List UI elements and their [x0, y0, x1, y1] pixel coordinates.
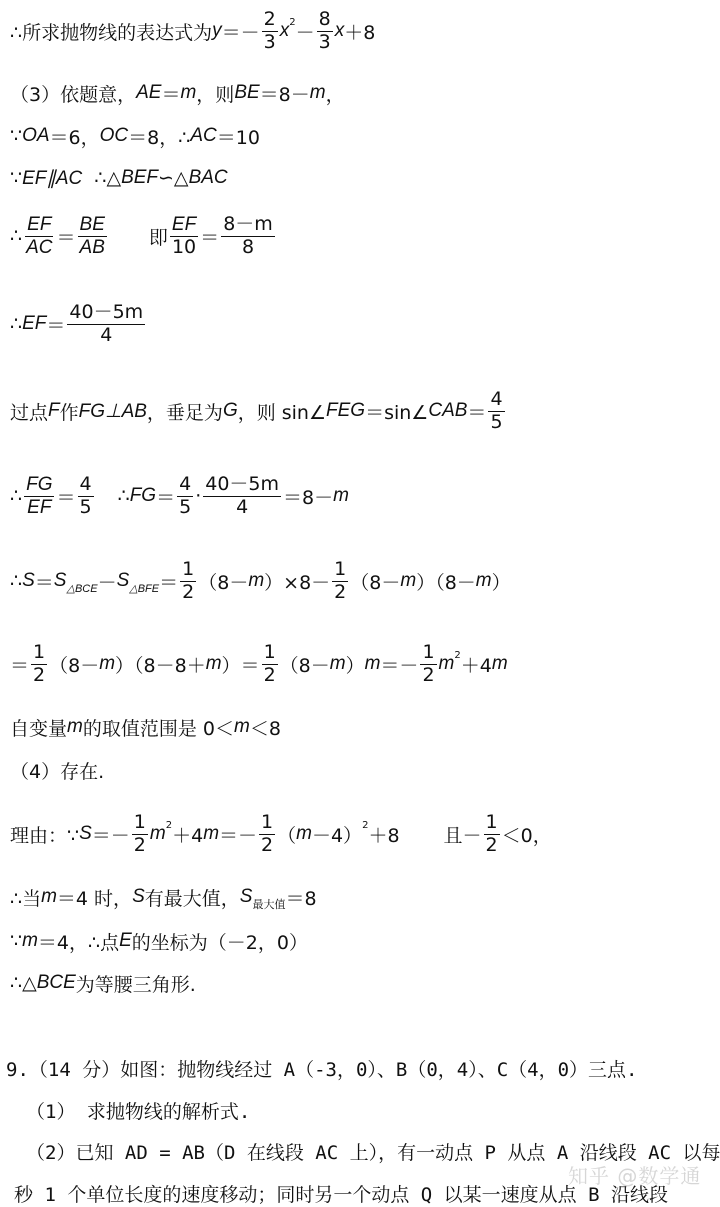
text: ） — [346, 651, 365, 678]
var-m: m — [439, 653, 455, 675]
fraction: 23 — [262, 10, 278, 53]
var: S — [240, 886, 253, 908]
text: ＝8－ — [260, 80, 310, 107]
text: ＝4 时， — [57, 884, 132, 911]
text: 理由：∵ — [10, 821, 79, 848]
text: ∴△ — [10, 972, 37, 994]
text: 作 — [60, 398, 79, 425]
text: ） — [492, 568, 511, 595]
exponent: 2 — [362, 820, 368, 831]
var-m: m — [22, 930, 38, 952]
text: ∴ — [10, 313, 22, 335]
var: S — [22, 570, 35, 592]
step-ratio: ∴ EFAC ＝ BEAB 即 EF10 ＝ 8－m8 — [10, 212, 277, 260]
text: （8－ — [350, 568, 400, 595]
var-m: m — [476, 570, 492, 592]
text: ＋8 — [344, 18, 375, 45]
den: 10 — [170, 237, 198, 258]
var: EF∥AC — [22, 167, 82, 190]
var: FG — [130, 485, 156, 507]
den: EF — [25, 497, 53, 518]
den: 4 — [98, 325, 114, 346]
den: 2 — [484, 835, 500, 856]
num: BE — [78, 215, 107, 237]
var-m: m — [99, 653, 115, 675]
equation-parabola-expression: ∴所求抛物线的表达式为 y ＝－ 23 x2 － 83 x ＋8 — [10, 8, 375, 54]
num: 4 — [488, 390, 504, 412]
fraction: 12 — [262, 643, 278, 686]
var-m: m — [41, 886, 57, 908]
fraction: FGEF — [24, 475, 54, 518]
text: （8－ — [49, 651, 99, 678]
var: CAB — [428, 400, 467, 422]
step-reason: 理由：∵ S ＝－ 12 m2 ＋4 m ＝－ 12 （ m －4）2 ＋8 且… — [10, 808, 552, 860]
text: ∴ — [10, 225, 22, 247]
fraction: 40－5m4 — [203, 475, 281, 518]
var: S — [117, 570, 130, 592]
text: ∴ — [118, 485, 130, 507]
var: S — [54, 570, 67, 592]
step-point-e: ∵ m ＝4，∴点 E 的坐标为（－2，0） — [10, 928, 308, 954]
step-similar-triangles: ∵ EF∥AC ∴△ BEF ∽△ BAC — [10, 165, 228, 191]
text: 即 — [149, 223, 168, 250]
fraction: 12 — [332, 560, 348, 603]
var: BEF — [121, 167, 158, 189]
text: ＋4 — [461, 651, 492, 678]
text: ＝ — [200, 223, 219, 250]
num: 1 — [31, 643, 47, 665]
num: 1 — [180, 560, 196, 582]
text: （8－ — [280, 651, 330, 678]
step-conclusion: ∴△ BCE 为等腰三角形. — [10, 970, 196, 996]
var: BAC — [189, 167, 228, 189]
text: 为等腰三角形. — [76, 970, 196, 997]
subscript: △BFE — [129, 582, 159, 595]
text: ）×8－ — [264, 568, 330, 595]
text: ＝ — [56, 483, 75, 510]
exponent: 2 — [454, 650, 460, 661]
text: 的取值范围是 0＜ — [83, 714, 234, 741]
text: ＝sin∠ — [365, 398, 428, 425]
fraction: 40－5m4 — [67, 303, 145, 346]
var: EF — [22, 313, 46, 335]
text: ＜8 — [250, 714, 281, 741]
text: ＝－ — [380, 651, 418, 678]
den: 3 — [262, 32, 278, 53]
text: ＝8 — [285, 884, 316, 911]
var: S — [132, 886, 145, 908]
text: 9.（14 分）如图：抛物线经过 A（-3，0）、B（0，4）、C（4，0）三点… — [6, 1055, 637, 1082]
text: － — [296, 18, 315, 45]
num: 1 — [262, 643, 278, 665]
text: （3）依题意， — [10, 80, 136, 107]
var: OC — [100, 125, 129, 147]
text: ＜0， — [502, 821, 552, 848]
text: ，则 — [196, 80, 234, 107]
var-m: m — [330, 653, 346, 675]
num: 1 — [132, 813, 148, 835]
den: 2 — [259, 835, 275, 856]
fraction: 12 — [484, 813, 500, 856]
text: － — [98, 568, 117, 595]
text: ∴ — [10, 570, 22, 592]
num: 1 — [420, 643, 436, 665]
num: 1 — [484, 813, 500, 835]
den: 3 — [317, 32, 333, 53]
fraction: BEAB — [78, 215, 107, 258]
text: ＝8，∴ — [128, 123, 190, 150]
text: ＝－ — [92, 821, 130, 848]
subscript: △BCE — [66, 582, 97, 595]
num: 4 — [177, 475, 193, 497]
fraction: 8－m8 — [221, 215, 275, 258]
text: ，垂足为 — [147, 398, 223, 425]
num: FG — [24, 475, 54, 497]
var-m: m — [296, 823, 312, 845]
text: ∵ — [10, 930, 22, 952]
step-3-intro: （3）依题意， AE ＝ m ，则 BE ＝8－ m ， — [10, 80, 345, 106]
fraction: 45 — [78, 475, 94, 518]
text: ∽△ — [158, 167, 189, 189]
text: ∴所求抛物线的表达式为 — [10, 18, 212, 45]
den: 5 — [488, 412, 504, 433]
text: ＝ — [161, 80, 180, 107]
den: 2 — [262, 665, 278, 686]
var: F — [48, 400, 60, 422]
var: AC — [190, 125, 216, 147]
var-m: m — [365, 653, 381, 675]
fraction: 12 — [259, 813, 275, 856]
text: · — [195, 485, 201, 507]
var: G — [223, 400, 238, 422]
den: 5 — [177, 497, 193, 518]
text: 且－ — [444, 821, 482, 848]
problem-9-statement: 9.（14 分）如图：抛物线经过 A（-3，0）、B（0，4）、C（4，0）三点… — [6, 1055, 637, 1081]
fraction: EFAC — [24, 215, 54, 258]
num: 4 — [78, 475, 94, 497]
text: （8－ — [198, 568, 248, 595]
var-m: m — [203, 823, 219, 845]
var-m: m — [180, 82, 196, 104]
text: ＝ — [10, 651, 29, 678]
text: ＝6， — [50, 123, 100, 150]
step-max-value: ∴当 m ＝4 时， S 有最大值， S最大值 ＝8 — [10, 884, 317, 910]
fraction: EF10 — [170, 215, 198, 258]
text: ）＝ — [222, 651, 260, 678]
fraction: 12 — [420, 643, 436, 686]
text: ，则 sin∠ — [238, 398, 326, 425]
var: FG⊥AB — [79, 400, 147, 423]
var-y: y — [212, 20, 222, 42]
step-perpendicular: 过点 F 作 FG⊥AB ，垂足为 G ，则 sin∠ FEG ＝sin∠ CA… — [10, 385, 507, 437]
text: 自变量 — [10, 714, 67, 741]
var: BE — [234, 82, 259, 104]
text: ∴△ — [82, 167, 121, 189]
step-area-s: ∴ S ＝ S△BCE － S△BFE ＝ 12 （8－ m ）×8－ 12 （… — [10, 555, 511, 607]
var-m: m — [248, 570, 264, 592]
num: 40－5m — [203, 475, 281, 497]
text: ＝10 — [217, 123, 260, 150]
num: 8 — [317, 10, 333, 32]
text: ＝4，∴点 — [38, 928, 119, 955]
fraction: 45 — [177, 475, 193, 518]
den: 5 — [78, 497, 94, 518]
text: ∴ — [10, 485, 22, 507]
den: 2 — [31, 665, 47, 686]
text: ＝8－ — [283, 483, 333, 510]
fraction: 12 — [180, 560, 196, 603]
text: ＝－ — [219, 821, 257, 848]
fraction: 45 — [488, 390, 504, 433]
text: ∵ — [10, 167, 22, 189]
text: 的坐标为（－2，0） — [132, 928, 308, 955]
step-domain: 自变量 m 的取值范围是 0＜ m ＜8 — [10, 714, 281, 740]
step-fg-value: ∴ FGEF ＝ 45 ∴ FG ＝ 45 · 40－5m4 ＝8－ m — [10, 470, 349, 522]
text: ＋4 — [172, 821, 203, 848]
watermark: 知乎 @数学通 — [568, 1160, 701, 1189]
num: 1 — [259, 813, 275, 835]
step-4-heading: （4）存在. — [10, 757, 104, 783]
var-m: m — [400, 570, 416, 592]
var-m: m — [310, 82, 326, 104]
step-area-simplify: ＝ 12 （8－ m ）（8－8＋ m ）＝ 12 （8－ m ） m ＝－ 1… — [10, 638, 508, 690]
step-ac-length: ∵ OA ＝6， OC ＝8，∴ AC ＝10 — [10, 123, 260, 149]
den: AB — [78, 237, 107, 258]
var: FEG — [326, 400, 365, 422]
var-m: m — [492, 653, 508, 675]
text: 有最大值， — [145, 884, 240, 911]
var: E — [119, 930, 132, 952]
num: EF — [25, 215, 53, 237]
text: ＋8 — [368, 821, 399, 848]
text: ＝ — [57, 223, 76, 250]
num: 2 — [262, 10, 278, 32]
text: ＝ — [467, 398, 486, 425]
num: 8－m — [221, 215, 275, 237]
den: 2 — [180, 582, 196, 603]
text: ＝ — [35, 568, 54, 595]
fraction: 12 — [31, 643, 47, 686]
text: ＝ — [46, 311, 65, 338]
exponent: 2 — [289, 17, 295, 28]
text: －4） — [312, 821, 362, 848]
text: ）（8－8＋ — [115, 651, 206, 678]
exponent: 2 — [166, 820, 172, 831]
text: ＝－ — [222, 18, 260, 45]
text: ）（8－ — [416, 568, 476, 595]
var: AE — [136, 82, 161, 104]
text: （1） 求抛物线的解析式. — [26, 1097, 250, 1124]
var-m: m — [206, 653, 222, 675]
text: ＝ — [159, 568, 178, 595]
num: 40－5m — [67, 303, 145, 325]
var: BCE — [37, 972, 76, 994]
fraction: 83 — [317, 10, 333, 53]
var-m: m — [67, 716, 83, 738]
problem-9-part-1: （1） 求抛物线的解析式. — [26, 1097, 250, 1123]
var-x: x — [280, 20, 290, 42]
step-ef-value: ∴ EF ＝ 40－5m4 — [10, 298, 147, 350]
num: EF — [170, 215, 198, 237]
text: ， — [326, 80, 345, 107]
text: （ — [277, 821, 296, 848]
var-m: m — [234, 716, 250, 738]
den: 2 — [132, 835, 148, 856]
text: （4）存在. — [10, 757, 104, 784]
subscript: 最大值 — [252, 896, 285, 912]
text: ∵ — [10, 125, 22, 147]
text: ∴当 — [10, 884, 41, 911]
var-m: m — [150, 823, 166, 845]
den: 8 — [240, 237, 256, 258]
den: 4 — [234, 497, 250, 518]
num: 1 — [332, 560, 348, 582]
den: 2 — [420, 665, 436, 686]
den: 2 — [332, 582, 348, 603]
text: ＝ — [156, 483, 175, 510]
var: OA — [22, 125, 49, 147]
den: AC — [24, 237, 54, 258]
text: 过点 — [10, 398, 48, 425]
var-m: m — [333, 485, 349, 507]
var-x: x — [335, 20, 345, 42]
var: S — [79, 823, 92, 845]
fraction: 12 — [132, 813, 148, 856]
